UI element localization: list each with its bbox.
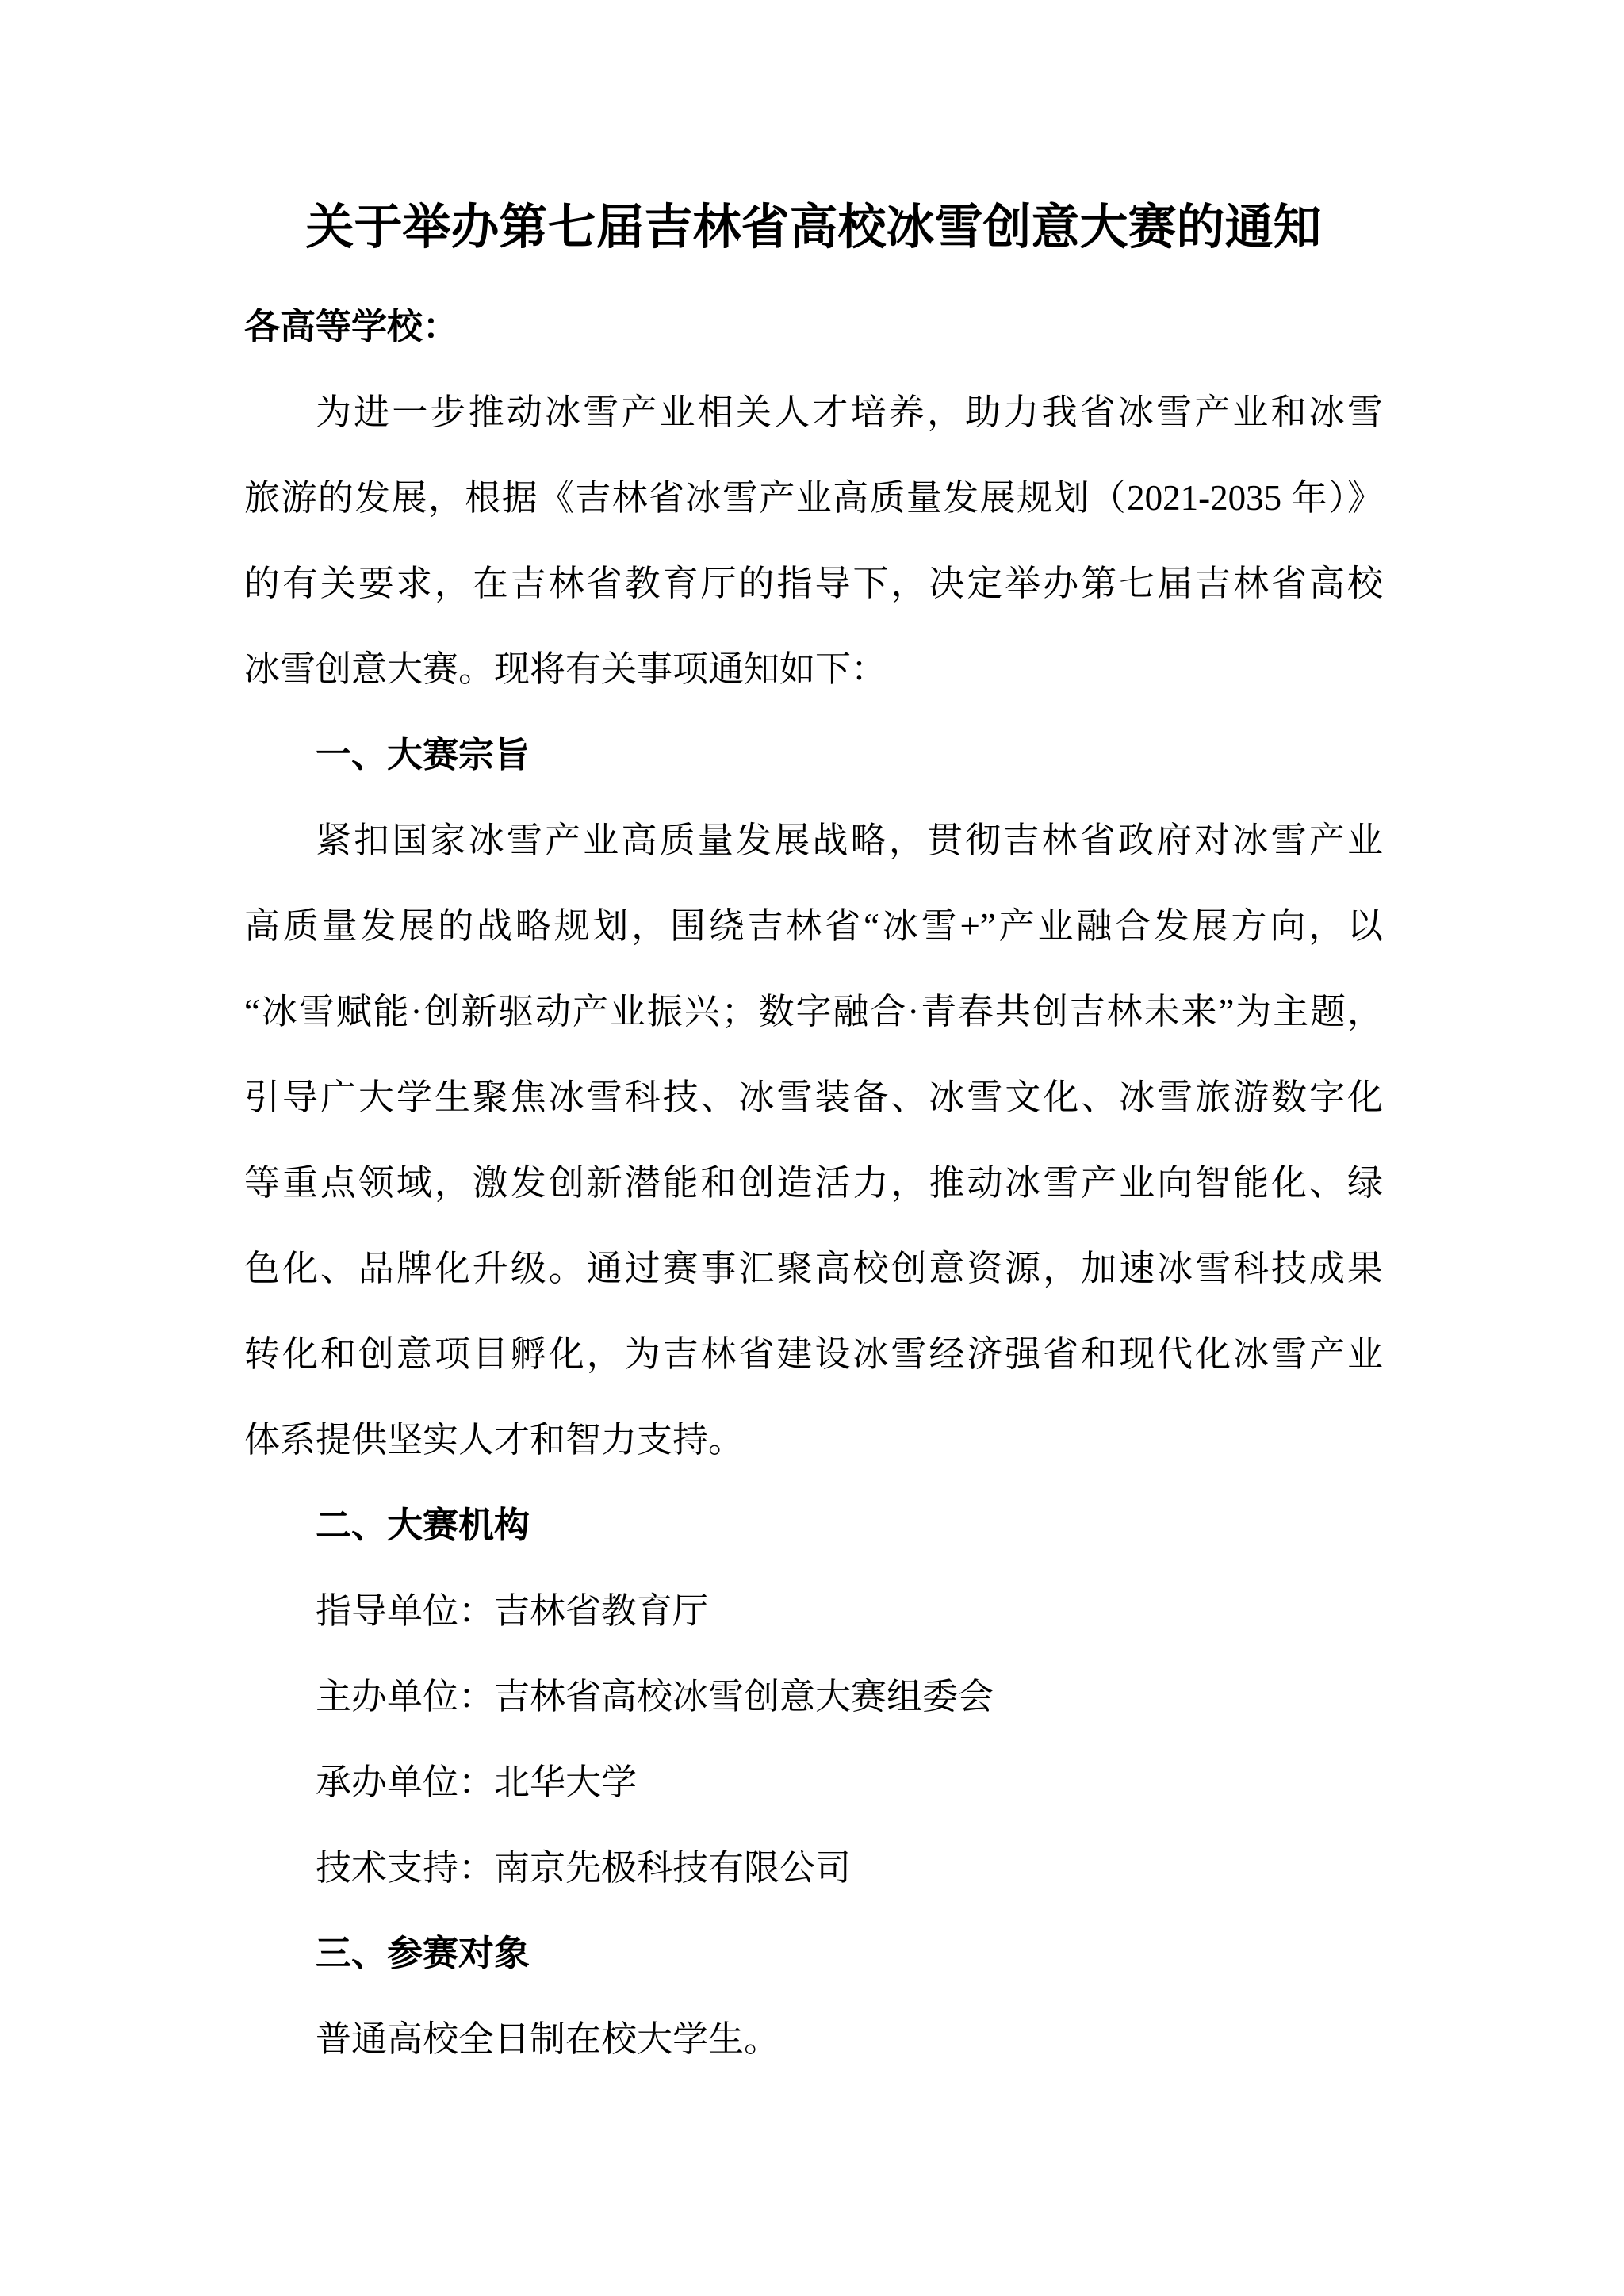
section-heading-3: 三、参赛对象 bbox=[244, 1911, 1383, 1996]
para2-line2: 高质量发展的战略规划，围绕吉林省“冰雪+”产业融合发展方向，以 bbox=[244, 883, 1383, 969]
section-heading-1: 一、大赛宗旨 bbox=[244, 712, 1383, 798]
para2-line3: “冰雪赋能·创新驱动产业振兴；数字融合·青春共创吉林未来”为主题， bbox=[244, 969, 1383, 1054]
org-tech-support: 技术支持：南京先极科技有限公司 bbox=[244, 1825, 1383, 1911]
para2-line7: 转化和创意项目孵化，为吉林省建设冰雪经济强省和现代化冰雪产业 bbox=[244, 1311, 1383, 1397]
org-guidance-unit: 指导单位：吉林省教育厅 bbox=[244, 1568, 1383, 1654]
section-heading-2: 二、大赛机构 bbox=[244, 1483, 1383, 1568]
document-content: 关于举办第七届吉林省高校冰雪创意大赛的通知 各高等学校： 为进一步推动冰雪产业相… bbox=[244, 0, 1383, 2082]
para1-line3: 的有关要求，在吉林省教育厅的指导下，决定举办第七届吉林省高校 bbox=[244, 541, 1383, 626]
para2-line1: 紧扣国家冰雪产业高质量发展战略，贯彻吉林省政府对冰雪产业 bbox=[244, 798, 1383, 883]
para2-line4: 引导广大学生聚焦冰雪科技、冰雪装备、冰雪文化、冰雪旅游数字化 bbox=[244, 1054, 1383, 1140]
org-organizer-unit: 承办单位：北华大学 bbox=[244, 1739, 1383, 1825]
para1-line2: 旅游的发展，根据《吉林省冰雪产业高质量发展规划（2021-2035 年）》 bbox=[244, 455, 1383, 541]
para1-line4: 冰雪创意大赛。现将有关事项通知如下： bbox=[244, 626, 1383, 712]
document-page: 关于举办第七届吉林省高校冰雪创意大赛的通知 各高等学校： 为进一步推动冰雪产业相… bbox=[0, 0, 1624, 2296]
para2-line8: 体系提供坚实人才和智力支持。 bbox=[244, 1397, 1383, 1483]
document-title: 关于举办第七届吉林省高校冰雪创意大赛的通知 bbox=[244, 0, 1383, 264]
para2-line6: 色化、品牌化升级。通过赛事汇聚高校创意资源，加速冰雪科技成果 bbox=[244, 1226, 1383, 1311]
salutation: 各高等学校： bbox=[244, 284, 1383, 369]
para1-line1: 为进一步推动冰雪产业相关人才培养，助力我省冰雪产业和冰雪 bbox=[244, 369, 1383, 455]
para2-line5: 等重点领域，激发创新潜能和创造活力，推动冰雪产业向智能化、绿 bbox=[244, 1140, 1383, 1226]
para3-line1: 普通高校全日制在校大学生。 bbox=[244, 1996, 1383, 2082]
org-host-unit: 主办单位：吉林省高校冰雪创意大赛组委会 bbox=[244, 1654, 1383, 1739]
